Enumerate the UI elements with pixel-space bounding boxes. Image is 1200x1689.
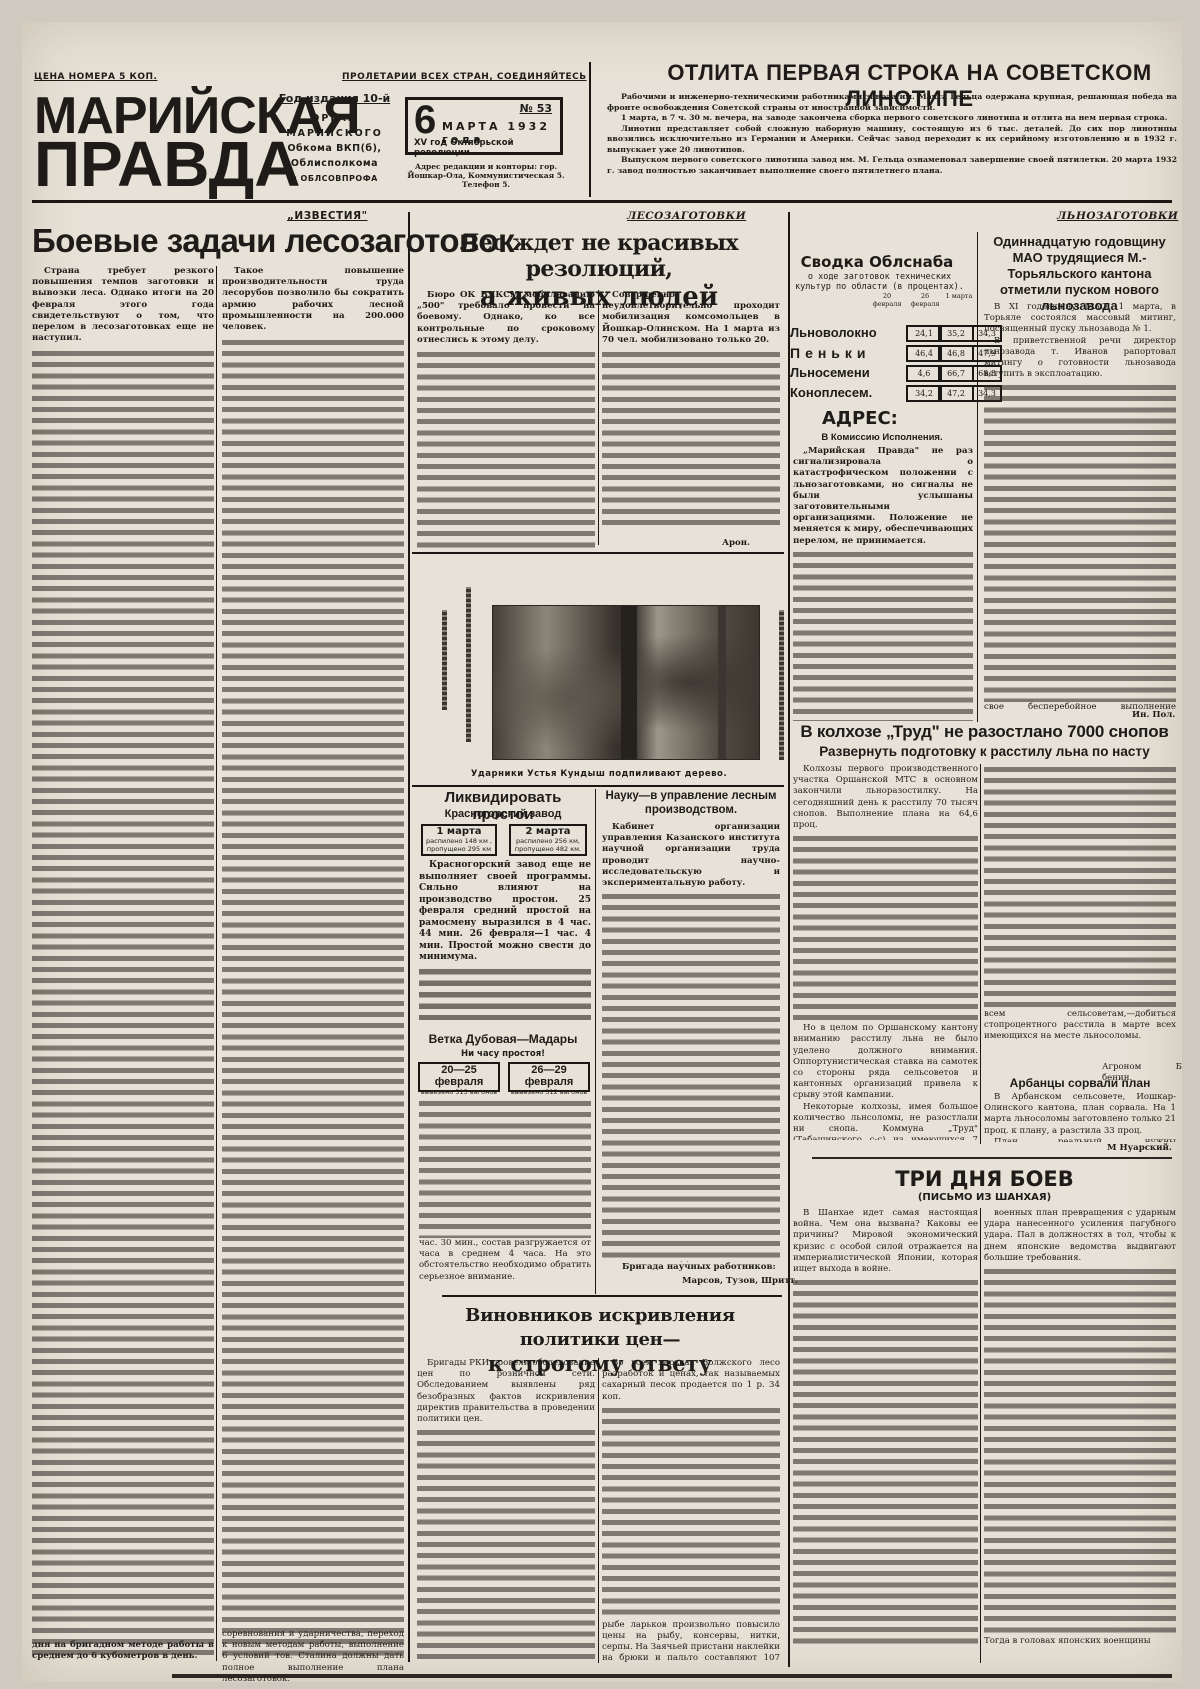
article-body: „Марийская Правда" не раз сигнализировал… bbox=[793, 446, 973, 721]
table-cell: 47,2 bbox=[938, 385, 974, 402]
table-title: Сводка Облснаба bbox=[792, 253, 962, 271]
article-paragraph: „Марийская Правда" не раз сигнализировал… bbox=[793, 446, 973, 547]
article-paragraph: Колхозы первого производственного участк… bbox=[793, 764, 978, 831]
photo-caption: Ударники Устья Кундыш подпиливают дерево… bbox=[414, 769, 784, 779]
article-column-2: военных план превращения с ударным удара… bbox=[984, 1208, 1176, 1663]
column-divider bbox=[788, 212, 790, 1667]
signature: М Нуарский. bbox=[1107, 1143, 1172, 1154]
publication-year: Год издания 10-й bbox=[277, 92, 392, 105]
stat-box: 26—29 февраля вывезено 312 ва­гонов bbox=[508, 1062, 590, 1092]
section-rule bbox=[812, 1157, 1172, 1159]
decorative-bar bbox=[442, 610, 447, 710]
article-paragraph: Красногорский завод еще не выполняет сво… bbox=[419, 860, 591, 964]
article-subtitle: (ПИСЬМО ИЗ ШАНХАЯ) bbox=[792, 1192, 1177, 1203]
article-body: Кабинет организации управления Казанског… bbox=[602, 822, 780, 1262]
table-cell: 46,8 bbox=[938, 345, 974, 362]
headline-line-1: Лес ждет не красивых резолюций, bbox=[414, 230, 784, 282]
stat-line: пропущено 295 км bbox=[423, 845, 495, 853]
section-rule bbox=[412, 552, 784, 554]
decorative-bar bbox=[466, 587, 471, 742]
stat-date: 20—25 февраля bbox=[420, 1064, 498, 1088]
signature: Ин. Пол. bbox=[1132, 710, 1175, 721]
linotype-article: Рабочими и инженерно-техническими работн… bbox=[607, 92, 1177, 176]
column-divider bbox=[595, 789, 596, 1294]
article-subheadline: Ветка Дубовая—Мадары bbox=[414, 1032, 592, 1046]
column-body-text bbox=[419, 1098, 591, 1238]
article-paragraph: В Арбанском сельсовете, Йошкар-Олинского… bbox=[984, 1092, 1176, 1137]
article-body: Красногорский завод еще не выполняет сво… bbox=[419, 860, 591, 1020]
article-paragraph: рыбе ларьков произвольно повысило цены н… bbox=[602, 1620, 780, 1663]
stat-box: 1 марта распилено 148 км , пропущено 295… bbox=[421, 824, 497, 856]
article-paragraph: Бригады РКИ провели обследование цен по … bbox=[417, 1358, 595, 1425]
masthead-divider bbox=[589, 62, 591, 197]
column-body-text bbox=[602, 349, 780, 529]
article-paragraph: военных план превращения с ударным удара… bbox=[984, 1208, 1176, 1264]
article-paragraph: всем сельсоветам,—добиться стопроцентног… bbox=[984, 1009, 1176, 1043]
stat-line: вывезено 312 ва­гонов bbox=[510, 1088, 588, 1096]
column-body-text bbox=[419, 966, 591, 1021]
column-divider bbox=[980, 1208, 981, 1663]
section-rule bbox=[442, 1295, 782, 1297]
editorial-address: Адрес редакции и конторы: гор. Йошкар-Ол… bbox=[407, 162, 565, 189]
issue-number: № 53 bbox=[520, 102, 552, 115]
column-body-text bbox=[32, 348, 214, 1661]
row-label: Льносемени bbox=[790, 365, 870, 380]
column-body-text bbox=[602, 891, 780, 1261]
paragraph: Выпуском первого советского линотипа зав… bbox=[607, 155, 1177, 176]
article-paragraph: В XI годовщину МАО, 1 марта, в Торьяле с… bbox=[984, 302, 1176, 336]
stat-date: 1 марта bbox=[423, 826, 495, 837]
article-subheadline: Арбанцы сорвали план bbox=[984, 1076, 1176, 1090]
column-header: 20 февраля bbox=[870, 292, 904, 308]
organ-line: Обкома ВКП(б), bbox=[277, 141, 392, 156]
stat-line: вывезено 313 ва­гонов bbox=[420, 1088, 498, 1096]
section-label: ЛЬНОЗАГОТОВКИ bbox=[1057, 210, 1178, 222]
column-body-text bbox=[984, 764, 1176, 1009]
article-body: В XI годовщину МАО, 1 марта, в Торьяле с… bbox=[984, 302, 1176, 712]
issue-day: 6 bbox=[414, 98, 436, 143]
table-cell: 4,6 bbox=[906, 365, 942, 382]
stat-line: распилено 256 км, bbox=[511, 837, 585, 845]
column-body-text bbox=[602, 1405, 780, 1620]
section-rule bbox=[412, 785, 784, 787]
price-label: ЦЕНА НОМЕРА 5 КОП. bbox=[34, 72, 157, 82]
article-body: В Арбанском сельсовете, Йошкар-Олинского… bbox=[984, 1092, 1176, 1142]
column-body-text bbox=[793, 549, 973, 721]
decorative-bar bbox=[779, 610, 784, 760]
organ-line: Облисполкома bbox=[277, 156, 392, 171]
article-paragraph: В приветственной речи директор льнозавод… bbox=[984, 336, 1176, 381]
source-label: „ИЗВЕСТИЯ" bbox=[287, 210, 368, 222]
paragraph: Линотип представляет собой сложную набор… bbox=[607, 124, 1177, 156]
slogan: ПРОЛЕТАРИИ ВСЕХ СТРАН, СОЕДИНЯЙТЕСЬ bbox=[342, 72, 587, 82]
article-lead: Страна требует резкого повышения темпов … bbox=[32, 266, 214, 344]
article-column-2: Во всех ларьках Волжского лесо разработо… bbox=[602, 1358, 780, 1663]
stat-date: 2 марта bbox=[511, 826, 585, 837]
article-column-1: Страна требует резкого повышения темпов … bbox=[32, 266, 214, 1661]
table-cell: 35,2 bbox=[938, 325, 974, 342]
article-column-1: Бригады РКИ провели обследование цен по … bbox=[417, 1358, 595, 1663]
column-divider bbox=[598, 1358, 599, 1663]
article-subtitle: Ни часу простоя! bbox=[414, 1049, 592, 1059]
headline-line-1: Виновников искривления политики цен— bbox=[414, 1304, 786, 1352]
masthead-rule bbox=[32, 200, 1172, 203]
article-subtitle: Красногорский завод bbox=[414, 808, 592, 820]
column-divider bbox=[598, 290, 599, 545]
stat-box: 20—25 февраля вывезено 313 ва­гонов bbox=[418, 1062, 500, 1092]
article-closing: дня на бригадном методе работы в среднем… bbox=[32, 1640, 214, 1662]
article-column-1: Колхозы первого производственного участк… bbox=[793, 764, 978, 1140]
stat-line: распилено 148 км , bbox=[423, 837, 495, 845]
organ-line: МАРИЙСКОГО bbox=[277, 126, 392, 141]
section-label: ЛЕСОЗАГОТОВКИ bbox=[627, 210, 746, 222]
stat-date: 26—29 февраля bbox=[510, 1064, 588, 1088]
article-subtitle: Развернуть подготовку к расстилу льна по… bbox=[792, 744, 1177, 759]
article-column-2: Такое повышение производительности труда… bbox=[222, 266, 404, 1661]
date-box: 6 № 53 МАРТА 1932 года XV год Октябрьско… bbox=[405, 97, 563, 155]
stat-box: 2 марта распилено 256 км, пропущено 482 … bbox=[509, 824, 587, 856]
article-headline: В колхозе „Труд" не разостлано 7000 сноп… bbox=[792, 722, 1177, 742]
table-cell: 46,4 bbox=[906, 345, 942, 362]
article-paragraph: В Шанхае идет самая настоящая война. Чем… bbox=[793, 1208, 978, 1275]
page-bottom-edge bbox=[172, 1674, 1172, 1678]
article-lead: Бюро ОК ВЛКСМ мобилизацию „500" требовал… bbox=[417, 290, 595, 346]
table-cell: 34,2 bbox=[906, 385, 942, 402]
stat-line: пропущено 482 км. bbox=[511, 845, 585, 853]
article-headline: ТРИ ДНЯ БОЕВ bbox=[792, 1167, 1177, 1191]
organ-block: Год издания 10-й ОРГАН МАРИЙСКОГО Обкома… bbox=[277, 92, 392, 186]
paragraph: Рабочими и инженерно-техническими работн… bbox=[607, 92, 1177, 113]
address-heading: АДРЕС: bbox=[822, 408, 898, 429]
newspaper-page: ЦЕНА НОМЕРА 5 КОП. ПРОЛЕТАРИИ ВСЕХ СТРАН… bbox=[22, 22, 1182, 1682]
article-column-1: Бюро ОК ВЛКСМ мобилизацию „500" требовал… bbox=[417, 290, 595, 550]
article-paragraph: Некоторые колхозы, имея большое количест… bbox=[793, 1102, 978, 1140]
row-label: Коноплесем. bbox=[790, 385, 872, 400]
article-paragraph: Совершенно неудовлетворительно проходит … bbox=[602, 290, 780, 346]
article-body: час. 30 мин., состав разгружается от час… bbox=[419, 1098, 591, 1294]
column-body-text bbox=[793, 833, 978, 1023]
signature: Марсов, Тузов, Шритт. bbox=[682, 1276, 798, 1287]
column-body-text bbox=[417, 1427, 595, 1663]
column-body-text bbox=[984, 382, 1176, 702]
article-paragraph: Но в целом по Оршанскому кантону внимани… bbox=[793, 1023, 978, 1101]
article-column-1: В Шанхае идет самая настоящая война. Чем… bbox=[793, 1208, 978, 1663]
column-body-text bbox=[417, 349, 595, 550]
article-column-2: Совершенно неудовлетворительно проходит … bbox=[602, 290, 780, 545]
column-divider bbox=[977, 232, 978, 722]
table-cell: 66,7 bbox=[938, 365, 974, 382]
article-column-2: всем сельсоветам,—добиться стопроцентног… bbox=[984, 764, 1176, 1049]
article-paragraph: Тогда в головах японских военщины bbox=[984, 1636, 1176, 1647]
column-body-text bbox=[222, 337, 404, 1661]
column-header: 26 февраля bbox=[908, 292, 942, 308]
column-divider bbox=[980, 764, 981, 1144]
article-paragraph: час. 30 мин., состав разгружается от час… bbox=[419, 1238, 591, 1283]
article-headline: Науку—в управление лесным производством. bbox=[600, 789, 782, 817]
column-body-text bbox=[984, 1266, 1176, 1636]
photo-lumberjacks bbox=[492, 605, 760, 760]
table-cell: 24,1 bbox=[906, 325, 942, 342]
column-divider bbox=[408, 212, 410, 1662]
signature: Арон. bbox=[722, 538, 750, 549]
revolution-year: XV год Октябрьской революции bbox=[414, 138, 560, 158]
article-paragraph: План реальный, нужны большевистские темп… bbox=[984, 1137, 1176, 1142]
paragraph: 1 марта, в 7 ч. 30 м. вечера, на заводе … bbox=[607, 113, 1177, 124]
column-divider bbox=[216, 266, 217, 1661]
row-label: Льноволокно bbox=[790, 325, 877, 340]
row-label: Пеньки bbox=[790, 345, 871, 361]
column-body-text bbox=[793, 1277, 978, 1647]
article-paragraph: Такое повышение производительности труда… bbox=[222, 266, 404, 333]
organ-line: и ОБЛСОВПРОФА bbox=[277, 171, 392, 186]
article-paragraph: Во всех ларьках Волжского лесо разработо… bbox=[602, 1358, 780, 1403]
organ-line: ОРГАН bbox=[277, 111, 392, 126]
signature-label: Бригада научных работников: bbox=[622, 1262, 776, 1273]
address-subtitle: В Комиссию Исполнения. bbox=[792, 432, 972, 443]
article-paragraph: Кабинет организации управления Казанског… bbox=[602, 822, 780, 889]
column-header: 1 марта bbox=[944, 292, 974, 300]
table-subtitle: о ходе заготовок технических культур по … bbox=[792, 272, 967, 292]
